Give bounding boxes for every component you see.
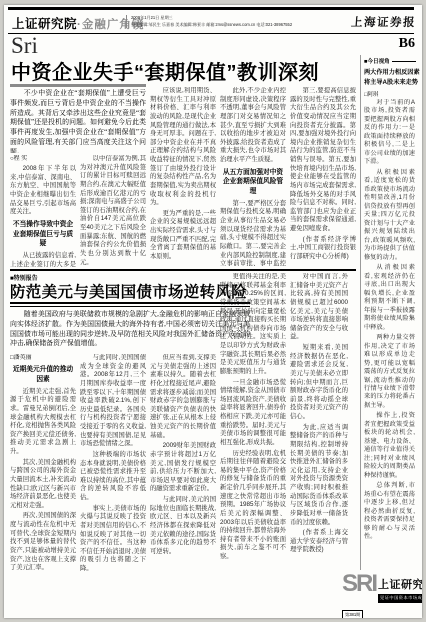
body-text: 从消极因素看,宏观经济仍在寻底,出口出现大幅负增长,企业盈利预期不断下调,年报与… [364, 264, 415, 332]
article-ending: (作者系经济学博士,中国工商银行投资银行部研究中心分析师) [290, 236, 356, 262]
body-text: 为此,应适当调整储备资产的币种与期限结构,控制增持长期美债的节奏;加快推进外汇储… [290, 424, 348, 528]
sidebar-title-line-1: 两大作用力相反因素 [364, 68, 418, 78]
bottom-article-col-2: 与此同时,美国国债成为全球资金的避风港。2008年12月,三个月期国库券收益率一… [80, 354, 146, 603]
top-article-col-5: 第三,要提高信息披露的及时性与完整性,重大衍生品合约及其公允价值变动情况应当定期… [290, 87, 356, 267]
sidebar-title-line-2: 将主导A股未来走势 [364, 78, 418, 88]
body-text: 事实上,美债市场的火爆与其说反映了投资者对美国信用的信心,不如说反映了对其他一切… [80, 505, 146, 574]
sri-logo-issue: 第381期 [342, 610, 363, 618]
top-article-col-1: ○程 实 2008年下半年以来,中信泰富、深南电、东方航空、中国国航等中资企业相… [10, 155, 76, 267]
bottom-article-col-1: □潘英丽 近期美元升值的推动因素 近期美元走强,首先源于危机中的避险需求。雷曼兄… [10, 354, 76, 603]
body-text: 此外,不少企业内控制度形同虚设,决策程序不透明,董事会与风险管理部门对交易情况知… [220, 87, 286, 165]
top-article-subhead-1: 不当操作导致中资企业套期保值巨亏与质疑 [10, 220, 76, 249]
bottom-article-col-4: 更值得关注的是,美联储已将联邦基金利率降至0至0.25%的区间,常规货币政策空间… [220, 273, 286, 603]
top-article-col-4: 此外,不少企业内控制度形同虚设,决策程序不透明,董事会与风险管理部门对交易情况知… [220, 87, 286, 267]
body-text: 与此同时,美元的国际地位也面临长期挑战,欧元区、日本以及新兴经济体都在探索降低对… [150, 496, 216, 556]
body-text: 从已披露的信息看,上述企业签订的大多是结构复杂的场外期权组合合约,收益封顶而风险… [10, 252, 76, 267]
sidebar-label-rule [392, 61, 416, 62]
sri-logo-name: 上证研究院 [378, 576, 422, 592]
masthead: 上证研究院·金融广角镜 [12, 14, 144, 33]
body-text: 从积极因素看,适度宽松的货币政策使市场流动性明显改善,1月份信贷投放有望再创天量… [364, 169, 415, 262]
body-text: 近期美元走强,首先源于危机中的避险需求。雷曼兄弟倒闭后,全球金融机构大规模去杠杆… [10, 388, 76, 457]
body-text: 2009财年美国财政赤字预计将超过1万亿美元,国债发行规模空前,供给压力不断加大… [150, 442, 216, 494]
body-text: 应该说,利用期货、期权等衍生工具对冲原材料价格、汇率与利率波动的风险,是现代企业… [150, 87, 216, 208]
body-text: 操作上,投资者宜把握政策受益板块的轮动机会,基建、电力设备、通信等行业值得关注;… [364, 412, 415, 480]
sidebar-title: 两大作用力相反因素 将主导A股未来走势 [364, 68, 418, 87]
sri-logo-abbr: SRI [342, 573, 376, 596]
sri-logo: SRI 上证研究院 见证中国资本市场成长 第381期 [342, 573, 418, 613]
body-text: 更为严重的是,一些企业的交易规模远远超出实际经营需求,头寸与现货敞口严重不匹配,… [150, 210, 216, 262]
bottom-article-author: □潘英丽 [10, 354, 76, 362]
lead-text: 不少中资企业在“套期保值”上遭受巨亏事件频发,而巨亏背后是中资企业的不当操作所造… [10, 89, 146, 153]
body-text: 2008年下半年以来,中信泰富、深南电、东方航空、中国国航等中资企业相继曝出衍生… [10, 165, 76, 217]
body-text: 第一,要严格区分套期保值与投机交易,明确企业从事衍生品交易必须以现货经营需求为基… [220, 200, 286, 267]
lead-text: 随着美国政府与美联储救市规模的急剧扩大,金融危机的影响正自金融领域向实体经济扩散… [10, 310, 250, 349]
body-text: 对于当前的A股市场,投资者需要把握两股方向相反的作用力:一是政策面持续释放的积极… [364, 99, 415, 167]
body-text: 两种力量交替作用,决定了市场难以形成单边走势,更可能以宽幅震荡的方式反复拉锯,流… [364, 334, 415, 410]
body-text: 更值得关注的是,美联储已将联邦基金利率降至0至0.25%的区间,常规货币政策空间… [220, 273, 286, 377]
body-text: 但应当看到,支撑美元与美债走强的上述因素难以持久。随着去杠杆化过程接近尾声,避险… [150, 354, 216, 440]
top-article-col-2: 以中信泰富为例,其为对冲澳元升值风险签订的累计目标可赎回远期合约,在澳元大幅贬值… [80, 155, 146, 267]
top-article-headline: 中资企业失手“套期保值”教训深刻 [11, 56, 359, 85]
top-article-col-3: 应该说,利用期货、期权等衍生工具对冲原材料价格、汇率与利率波动的风险,是现代企业… [150, 87, 216, 267]
bottom-article-col-3: 但应当看到,支撑美元与美债走强的上述因素难以持久。随着去杠杆化过程接近尾声,避险… [150, 354, 216, 603]
sidebar-label-row: ■今日视角 [364, 57, 416, 65]
bottom-headline-rule-thin [10, 306, 250, 307]
bottom-article-subhead-1: 近期美元升值的推动因素 [10, 365, 76, 384]
top-article-lead: 不少中资企业在“套期保值”上遭受巨亏事件频发,而巨亏背后是中资企业的不当操作所造… [10, 89, 146, 153]
institute-name: 上证研究院 [12, 17, 77, 31]
lead-top-bar [10, 84, 146, 87]
body-text: 总体判断,市场重心有望在震荡中逐步上移,但过程必然曲折反复,投资者需要保持足够的… [364, 482, 415, 541]
body-text: 短期来看,美国经济数据仍在恶化,避险需求还会反复,美元与美债未必立即转向;但中期… [290, 344, 348, 422]
body-text: 第三,要提高信息披露的及时性与完整性,重大衍生品合约及其公允价值变动情况应当定期… [290, 87, 356, 234]
bottom-article-lead: 随着美国政府与美联储救市规模的急剧扩大,金融危机的影响正自金融领域向实体经济扩散… [10, 310, 250, 351]
body-text: 以中信泰富为例,其为对冲澳元升值风险签订的累计目标可赎回远期合约,在澳元大幅贬值… [80, 155, 146, 267]
body-text: 其次,美国金融机构与跨国公司的海外资金大量回流本土,补充流动性缺口;欧元区与新兴… [10, 459, 76, 511]
top-article-author: ○程 实 [10, 155, 76, 163]
sidebar-label: ■今日视角 [364, 57, 390, 65]
body-text: 与此同时,美国国债成为全球资金的避风港。2008年12月,三个月期国库券收益率一… [80, 354, 146, 449]
top-rule [8, 7, 414, 10]
staff-line: 整版编辑:邹民生 乐嘉春 美术编辑:韩景丰 邮箱:zms@ssnews.com.… [131, 22, 336, 29]
sidebar-author: □阿琪 [364, 90, 378, 98]
bottom-article-col-5: 对中国而言,外汇储备中美元资产占比较高,持有美国国债规模已超过6000亿美元,美… [290, 273, 348, 603]
body-text: 历史经验表明,危机后期往往伴随着避险交易的集中平仓,资产价格的修复与储备货币的重… [220, 450, 286, 562]
body-text: 这种极端的市场状态本身就说明,美债价格已被恐慌性需求推升至难以持续的高位,其中蕴… [80, 451, 146, 503]
body-text: 再次,美国国债的深度与流动性在危机中无可替代,全球资金短期内找不到足够体量的替代… [10, 512, 76, 572]
paper-logotype: 上海证券报 [350, 14, 416, 30]
body-text: 一旦金融市场恐慌情绪缓解,资金从国债市场回流风险资产,美债收益率将显著回升,债券… [220, 379, 286, 448]
article-divider-rule [10, 269, 356, 271]
header-rule [8, 33, 414, 34]
sidebar-body: 对于当前的A股市场,投资者需要把握两股方向相反的作用力:一是政策面持续释放的积极… [364, 99, 415, 563]
body-text: 对中国而言,外汇储备中美元资产占比较高,持有美国国债规模已超过6000亿美元,美… [290, 273, 348, 342]
sidebar-separator-rule [360, 55, 361, 570]
bottom-headline-rule-thick [10, 302, 250, 304]
edition-meta: 2009年1月21日 星期三 整版编辑:邹民生 乐嘉春 美术编辑:韩景丰 邮箱:… [126, 15, 336, 28]
top-article-subhead-2: 从五方面加强对中资企业套期保值风险管理 [220, 168, 286, 197]
page-number: B6 [399, 36, 415, 52]
sri-logo-tagline: 见证中国资本市场成长 [378, 594, 422, 603]
newspaper-page: 上证研究院·金融广角镜 2009年1月21日 星期三 整版编辑:邹民生 乐嘉春 … [4, 5, 422, 618]
article-ending: (作者系上海交通大学安泰经济与管理学院教授) [290, 529, 348, 555]
